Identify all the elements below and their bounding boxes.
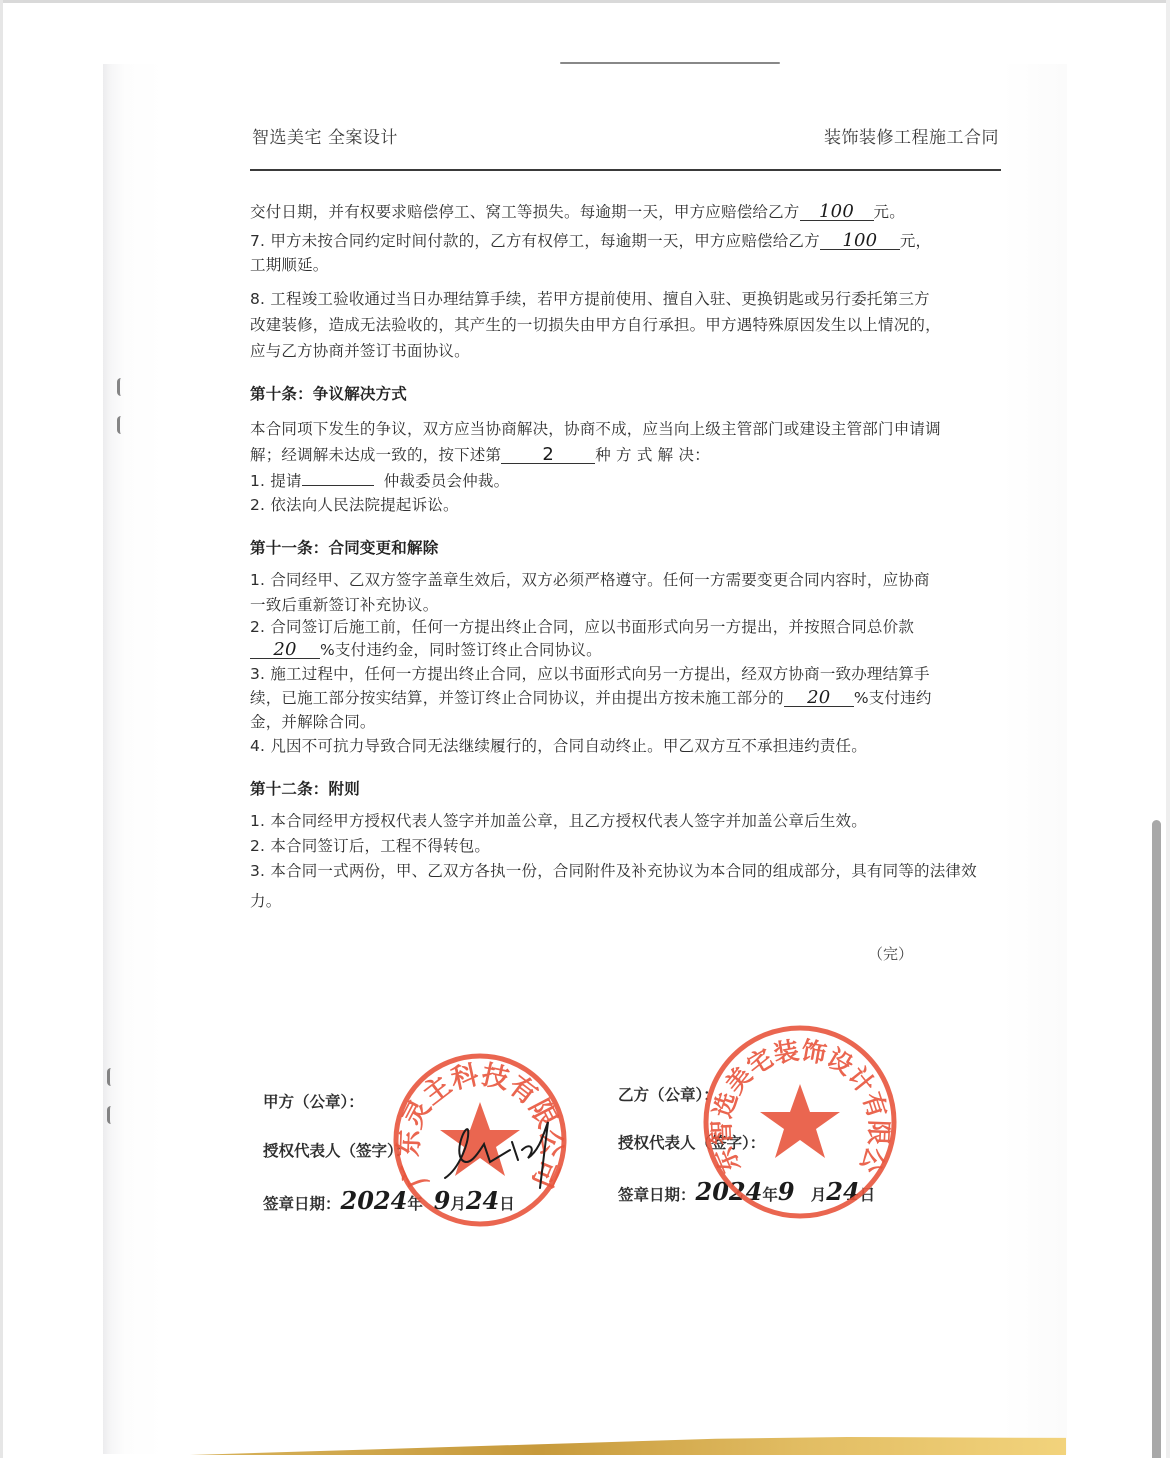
clause-text: 7. 甲方未按合同约定时间付款的，乙方有权停工，每逾期一天，甲方应赔偿给乙方 <box>250 232 820 250</box>
filled-blank-daily-compensation: 100 <box>800 204 874 221</box>
clause-item-8: 8. 工程竣工验收通过当日办理结算手续，若甲方提前使用、擅自入驻、更换钥匙或另行… <box>250 287 930 309</box>
clause-text: 1. 提请 <box>250 472 302 490</box>
article-10-text: 本合同项下发生的争议，双方应当协商解决，协商不成，应当向上级主管部门或建设主管部… <box>250 417 941 439</box>
clause-text: 续，已施工部分按实结算，并签订终止合同协议，并由提出方按未施工部分的 <box>250 689 784 707</box>
article-11-item-2: 2. 合同签订后施工前，任何一方提出终止合同，应以书面形式向另一方提出，并按照合… <box>250 615 914 637</box>
article-10-option-1: 1. 提请仲裁委员会仲裁。 <box>250 469 509 491</box>
article-11-item-3: 3. 施工过程中，任何一方提出终止合同，应以书面形式向另一方提出，经双方协商一致… <box>250 662 930 684</box>
article-10-text: 解；经调解未达成一致的，按下述第2种 方 式 解 决： <box>250 443 710 465</box>
document-header-company: 智选美宅 全案设计 <box>252 123 398 148</box>
article-10-option-2: 2. 依法向人民法院提起诉讼。 <box>250 493 459 515</box>
party-a-rep-label: 授权代表人（签字）： <box>263 1139 410 1161</box>
svg-text:广东智选美宅装饰设计有限公司: 广东智选美宅装饰设计有限公司 <box>687 999 893 1177</box>
clause-text: 交付日期，并有权要求赔偿停工、窝工等损失。每逾期一天，甲方应赔偿给乙方 <box>250 203 800 221</box>
vertical-scrollbar[interactable] <box>1152 820 1161 1458</box>
header-divider <box>250 169 1001 171</box>
article-10-title: 第十条：争议解决方式 <box>250 382 407 404</box>
article-12-item-2: 2. 本合同签订后，工程不得转包。 <box>250 834 490 856</box>
document-page <box>103 64 1067 1454</box>
clause-text: 仲裁委员会仲裁。 <box>384 472 510 490</box>
article-11-item-3: 金，并解除合同。 <box>250 710 376 732</box>
clause-text: %支付违约 <box>854 689 932 707</box>
article-11-item-1: 一致后重新签订补充协议。 <box>250 593 438 615</box>
clause-text: 种 方 式 解 决： <box>595 446 710 464</box>
viewer-top-border <box>0 0 1170 3</box>
clause-item-8: 应与乙方协商并签订书面协议。 <box>250 339 470 361</box>
viewer-right-border <box>1166 0 1170 1458</box>
filled-blank-penalty-percent: 20 <box>250 642 320 659</box>
clause-item-7: 7. 甲方未按合同约定时间付款的，乙方有权停工，每逾期一天，甲方应赔偿给乙方10… <box>250 229 931 251</box>
binding-hole-mark <box>107 1106 116 1124</box>
binding-hole-mark <box>117 416 126 434</box>
date-label: 签章日期： <box>263 1195 341 1213</box>
date-label: 签章日期： <box>618 1186 696 1204</box>
party-b-company-seal: 广东智选美宅装饰设计有限公司 <box>700 1022 900 1226</box>
clause-text: 元。 <box>874 203 905 221</box>
clause-line: 交付日期，并有权要求赔偿停工、窝工等损失。每逾期一天，甲方应赔偿给乙方100元。 <box>250 200 905 222</box>
page-top-edge-shadow <box>560 62 780 64</box>
party-a-seal-label: 甲方（公章）： <box>263 1090 364 1112</box>
clause-text: %支付违约金，同时签订终止合同协议。 <box>320 641 602 659</box>
article-11-item-3: 续，已施工部分按实结算，并签订终止合同协议，并由提出方按未施工部分的20%支付违… <box>250 686 932 708</box>
article-11-item-4: 4. 凡因不可抗力导致合同无法继续履行的，合同自动终止。甲乙双方互不承担违约责任… <box>250 734 867 756</box>
blank-arbitration-commission <box>302 485 374 486</box>
filled-blank-unfinished-penalty-percent: 20 <box>784 690 854 707</box>
article-12-item-3: 3. 本合同一式两份，甲、乙双方各执一份，合同附件及补充协议为本合同的组成部分，… <box>250 859 977 881</box>
document-header-title: 装饰装修工程施工合同 <box>824 123 999 148</box>
binding-hole-mark <box>117 378 126 396</box>
article-11-title: 第十一条：合同变更和解除 <box>250 536 438 558</box>
clause-text: 解；经调解未达成一致的，按下述第 <box>250 446 501 464</box>
clause-text: 元， <box>900 232 931 250</box>
article-12-item-1: 1. 本合同经甲方授权代表人签字并加盖公章，且乙方授权代表人签字并加盖公章后生效… <box>250 809 867 831</box>
binding-hole-mark <box>107 1068 116 1086</box>
article-12-title: 第十二条：附则 <box>250 777 360 799</box>
filled-blank-dispute-method: 2 <box>501 447 595 464</box>
article-11-item-1: 1. 合同经甲、乙双方签字盖章生效后，双方必须严格遵守。任何一方需要变更合同内容… <box>250 568 930 590</box>
clause-item-8: 改建装修，造成无法验收的，其产生的一切损失由甲方自行承担。甲方遇特殊原因发生以上… <box>250 313 941 335</box>
viewer-left-border <box>0 0 3 1458</box>
article-12-item-3: 力。 <box>250 889 281 911</box>
filled-blank-late-payment: 100 <box>820 233 900 250</box>
article-11-item-2: 20%支付违约金，同时签订终止合同协议。 <box>250 638 602 660</box>
end-mark: （完） <box>868 943 913 964</box>
party-a-handwritten-signature <box>440 1120 560 1194</box>
clause-item-7-cont: 工期顺延。 <box>250 253 329 275</box>
